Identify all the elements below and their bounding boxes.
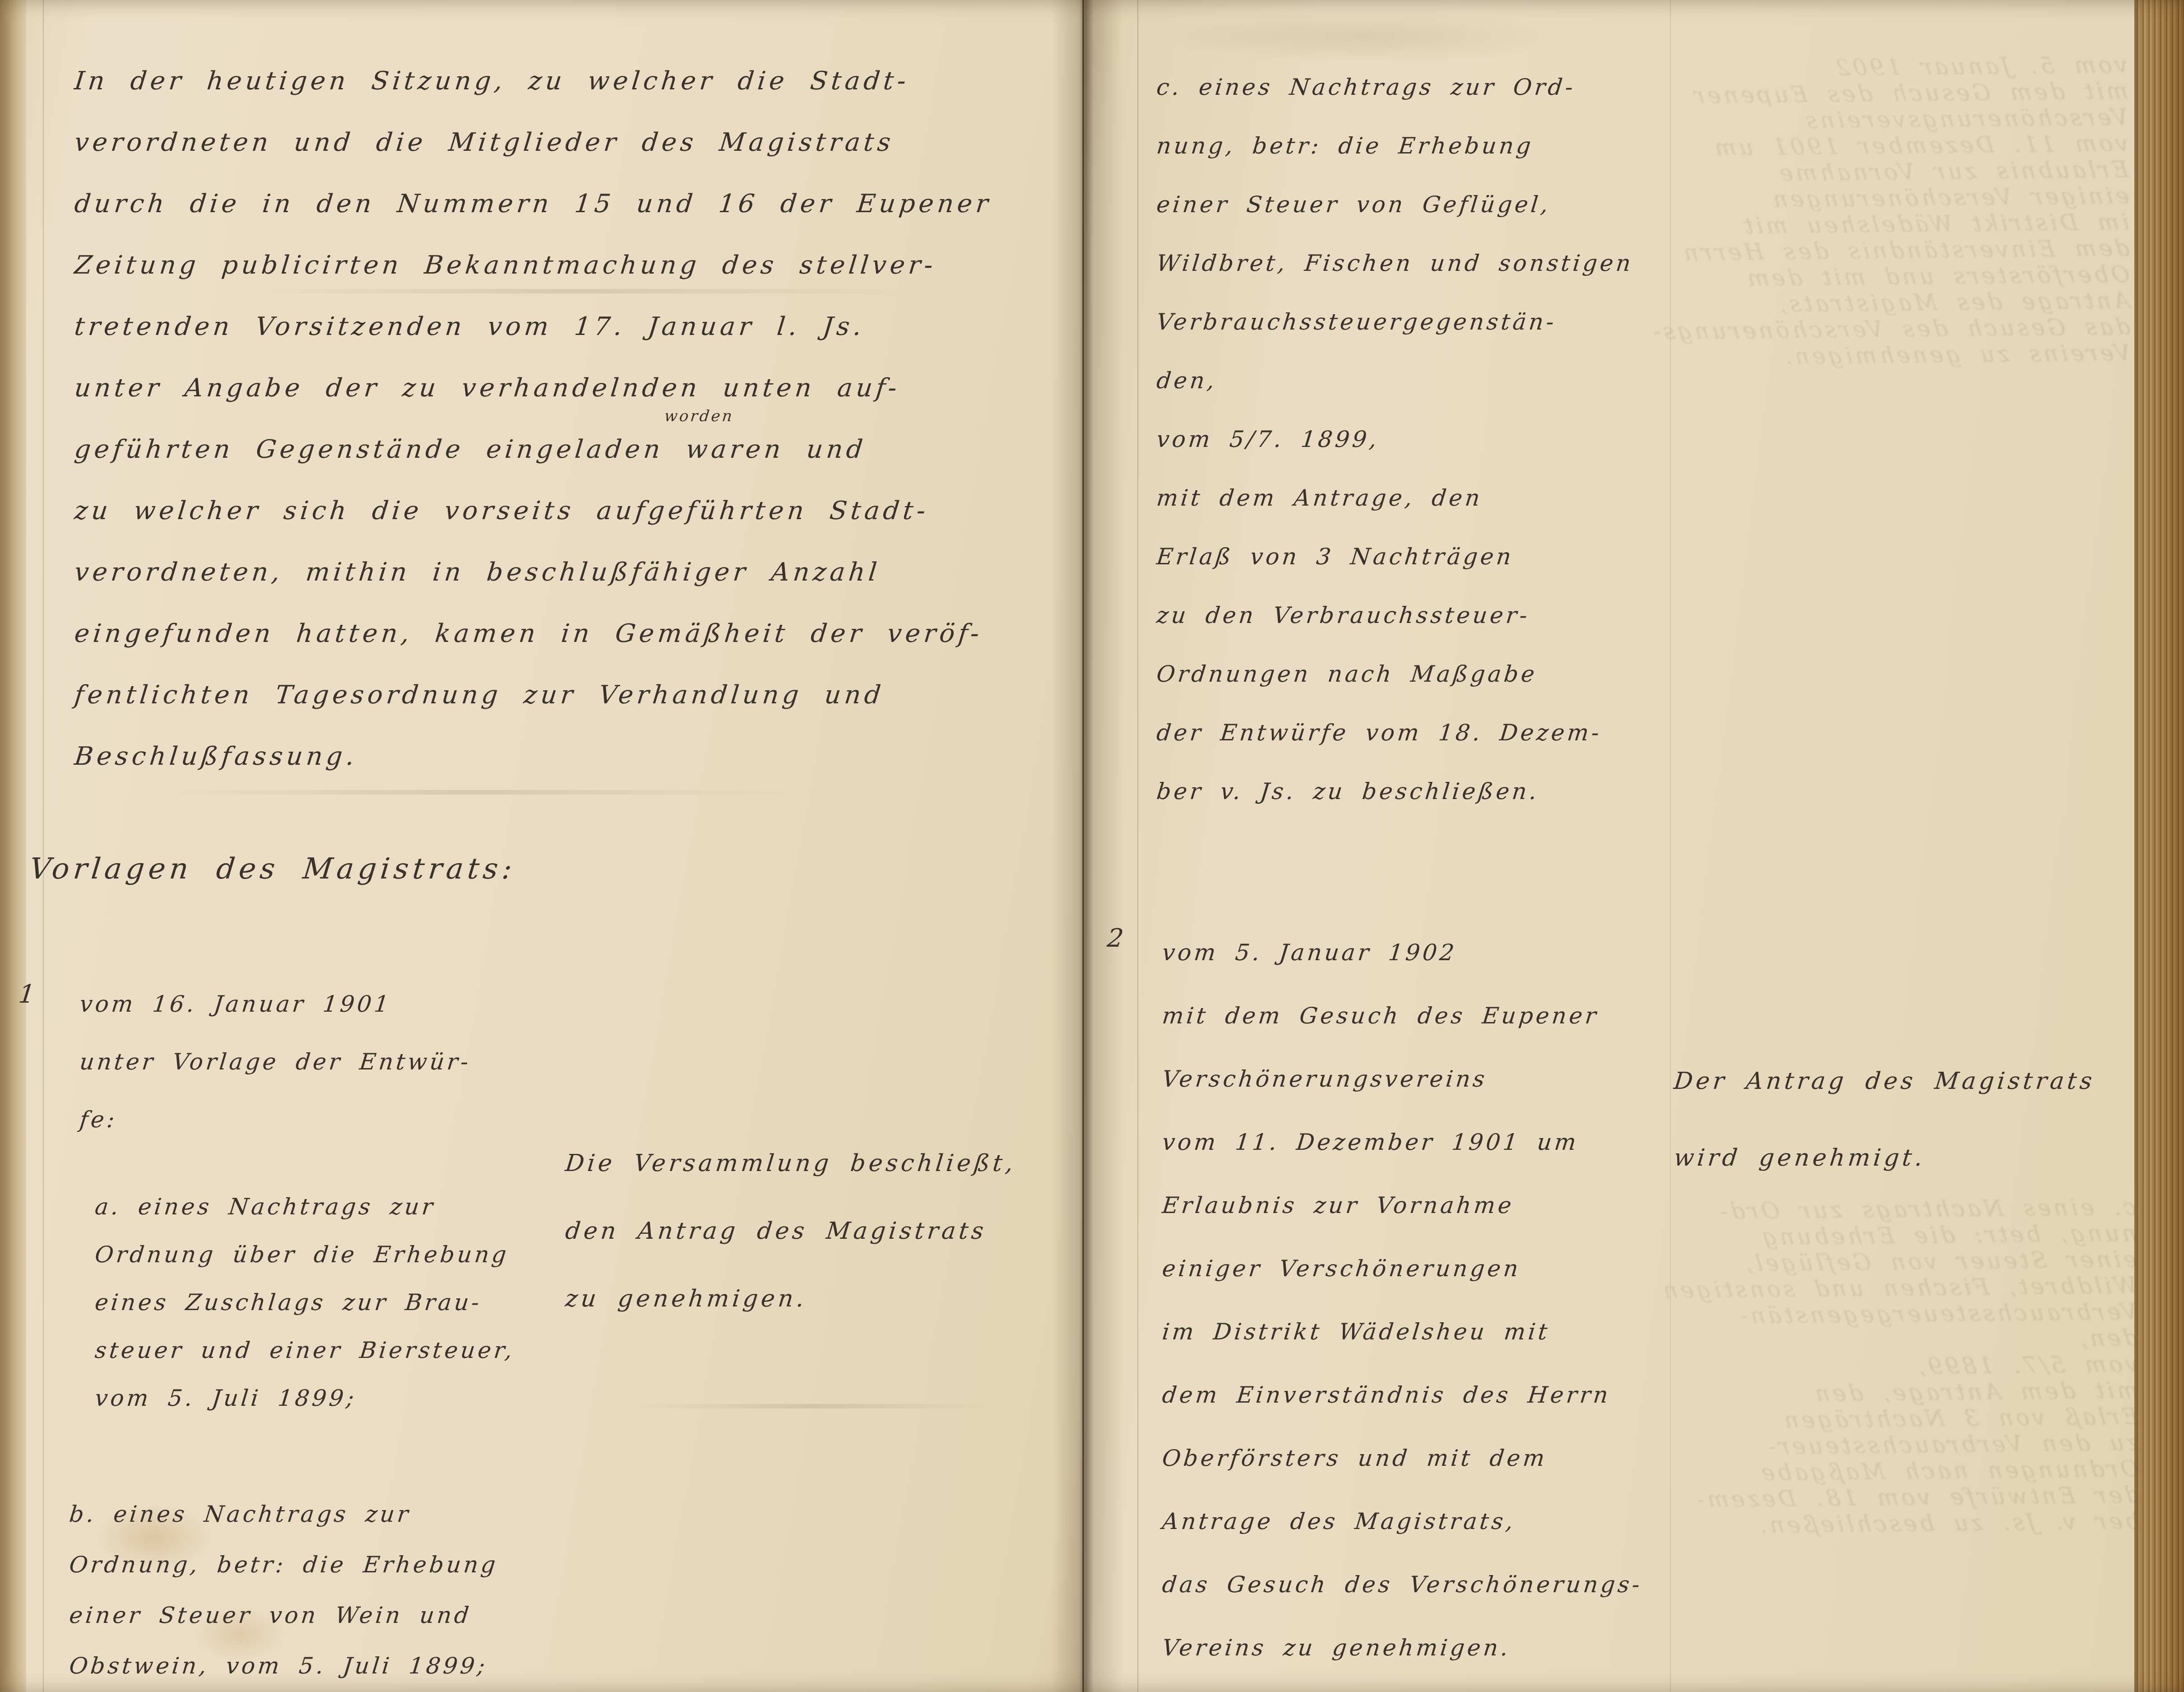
bleed-streak xyxy=(632,1404,993,1408)
handwriting-line: einer Steuer von Wein und xyxy=(67,1590,501,1641)
handwriting-line: verordneten und die Mitglieder des Magis… xyxy=(71,112,995,173)
manuscript-spread: vom 5. Januar 1902mit dem Gesuch des Eup… xyxy=(0,0,2184,1692)
handwriting-line: Die Versammlung beschließt, xyxy=(562,1130,1020,1197)
handwriting-line: einer Steuer von Geflügel, xyxy=(1154,175,1637,234)
bleed-streak xyxy=(158,790,790,795)
handwriting-line: eines Zuschlags zur Brau- xyxy=(93,1278,517,1326)
handwriting-line: im Distrikt Wädelsheu mit xyxy=(1159,1300,1646,1363)
handwriting-line: Ordnung, betr: die Erhebung xyxy=(67,1539,501,1590)
resolution-note: Die Versammlung beschließt,den Antrag de… xyxy=(562,1130,1012,1333)
handwriting-line: a. eines Nachtrags zur xyxy=(93,1183,517,1231)
handwriting-line: Beschlußfassung. xyxy=(71,726,995,787)
handwriting-line: unter Angabe der zu verhandelnden unten … xyxy=(71,358,995,419)
handwriting-line: Ordnungen nach Maßgabe xyxy=(1154,645,1637,703)
handwriting-line: nung, betr: die Erhebung xyxy=(1154,116,1637,175)
book-left-edge xyxy=(0,0,26,1692)
handwriting-line: wird genehmigt. xyxy=(1670,1120,2099,1196)
handwriting-line: Erlaubnis zur Vornahme xyxy=(1159,1174,1646,1237)
handwriting-line: c. eines Nachtrags zur Ord- xyxy=(1154,58,1637,116)
handwriting-line: Oberförsters und mit dem xyxy=(1159,1427,1646,1490)
inserted-word: worden xyxy=(663,407,735,425)
handwriting-line: verordneten, mithin in beschlußfähiger A… xyxy=(71,542,995,603)
handwriting-line: tretenden Vorsitzenden vom 17. Januar l.… xyxy=(71,296,995,358)
handwriting-line: unter Vorlage der Entwür- xyxy=(77,1033,474,1091)
handwriting-line: steuer und einer Biersteuer, xyxy=(93,1326,517,1374)
handwriting-line: Der Antrag des Magistrats xyxy=(1670,1043,2099,1120)
protocol-intro-paragraph: In der heutigen Sitzung, zu welcher die … xyxy=(71,51,988,787)
handwriting-line: der Entwürfe vom 18. Dezem- xyxy=(1154,703,1637,762)
right-page-margin-rule xyxy=(1137,0,1138,1692)
handwriting-line: dem Einverständnis des Herrn xyxy=(1159,1363,1646,1427)
handwriting-line: durch die in den Nummern 15 und 16 der E… xyxy=(71,173,995,235)
handwriting-line: vom 5. Januar 1902 xyxy=(1159,921,1646,984)
handwriting-line: Verschönerungsvereins xyxy=(1159,1047,1646,1111)
handwriting-line: ber v. Js. zu beschließen. xyxy=(1154,762,1637,821)
item-1b: b. eines Nachtrags zurOrdnung, betr: die… xyxy=(67,1489,496,1691)
handwriting-line: In der heutigen Sitzung, zu welcher die … xyxy=(71,51,995,112)
handwriting-line: eingefunden hatten, kamen in Gemäßheit d… xyxy=(71,603,995,665)
margin-decision-note: Der Antrag des Magistratswird genehmigt. xyxy=(1670,1043,2091,1196)
item-1c: c. eines Nachtrags zur Ord-nung, betr: d… xyxy=(1154,58,1630,821)
handwriting-line: das Gesuch des Verschönerungs- xyxy=(1159,1553,1646,1616)
item-1-intro: vom 16. Januar 1901unter Vorlage der Ent… xyxy=(77,975,468,1148)
handwriting-line: Antrage des Magistrats, xyxy=(1159,1490,1646,1553)
handwriting-line: Wildbret, Fischen und sonstigen xyxy=(1154,234,1637,293)
handwriting-line: einiger Verschönerungen xyxy=(1159,1237,1646,1300)
handwriting-line: vom 11. Dezember 1901 um xyxy=(1159,1111,1646,1174)
handwriting-line: vom 16. Januar 1901 xyxy=(77,975,474,1033)
book-fore-edge xyxy=(2134,0,2184,1692)
handwriting-line: zu genehmigen. xyxy=(562,1265,1020,1333)
handwriting-line: mit dem Gesuch des Eupener xyxy=(1159,984,1646,1047)
handwriting-line: Vereins zu genehmigen. xyxy=(1159,1616,1646,1679)
handwriting-line: geführten Gegenstände eingeladen waren u… xyxy=(71,419,995,480)
item-1a: a. eines Nachtrags zurOrdnung über die E… xyxy=(93,1183,512,1422)
handwriting-line: fe: xyxy=(77,1091,474,1148)
item-2-number: 2 xyxy=(1106,924,1128,953)
handwriting-line: Erlaß von 3 Nachträgen xyxy=(1154,527,1637,586)
item-2: vom 5. Januar 1902mit dem Gesuch des Eup… xyxy=(1159,921,1639,1679)
right-page-fold-line xyxy=(1670,0,1671,1692)
gutter-crease-line xyxy=(1082,0,1084,1692)
handwriting-line: den, xyxy=(1154,351,1637,410)
handwriting-line: Ordnung über die Erhebung xyxy=(93,1231,517,1278)
handwriting-line: Zeitung publicirten Bekanntmachung des s… xyxy=(71,235,995,296)
handwriting-line: vom 5/7. 1899, xyxy=(1154,410,1637,469)
gutter-shadow xyxy=(1052,0,1124,1692)
handwriting-line: mit dem Antrage, den xyxy=(1154,469,1637,527)
handwriting-line: den Antrag des Magistrats xyxy=(562,1197,1020,1265)
left-page-crease xyxy=(43,0,44,1692)
handwriting-line: zu welcher sich die vorseits aufgeführte… xyxy=(71,480,995,542)
handwriting-line: b. eines Nachtrags zur xyxy=(67,1489,501,1539)
handwriting-line: fentlichten Tagesordnung zur Verhandlung… xyxy=(71,665,995,726)
section-heading: Vorlagen des Magistrats: xyxy=(28,852,518,886)
handwriting-line: zu den Verbrauchssteuer- xyxy=(1154,586,1637,645)
item-1-number: 1 xyxy=(17,980,40,1009)
handwriting-line: Obstwein, vom 5. Juli 1899; xyxy=(67,1641,501,1691)
handwriting-line: vom 5. Juli 1899; xyxy=(93,1374,517,1422)
handwriting-line: Verbrauchssteuergegenstän- xyxy=(1154,293,1637,351)
